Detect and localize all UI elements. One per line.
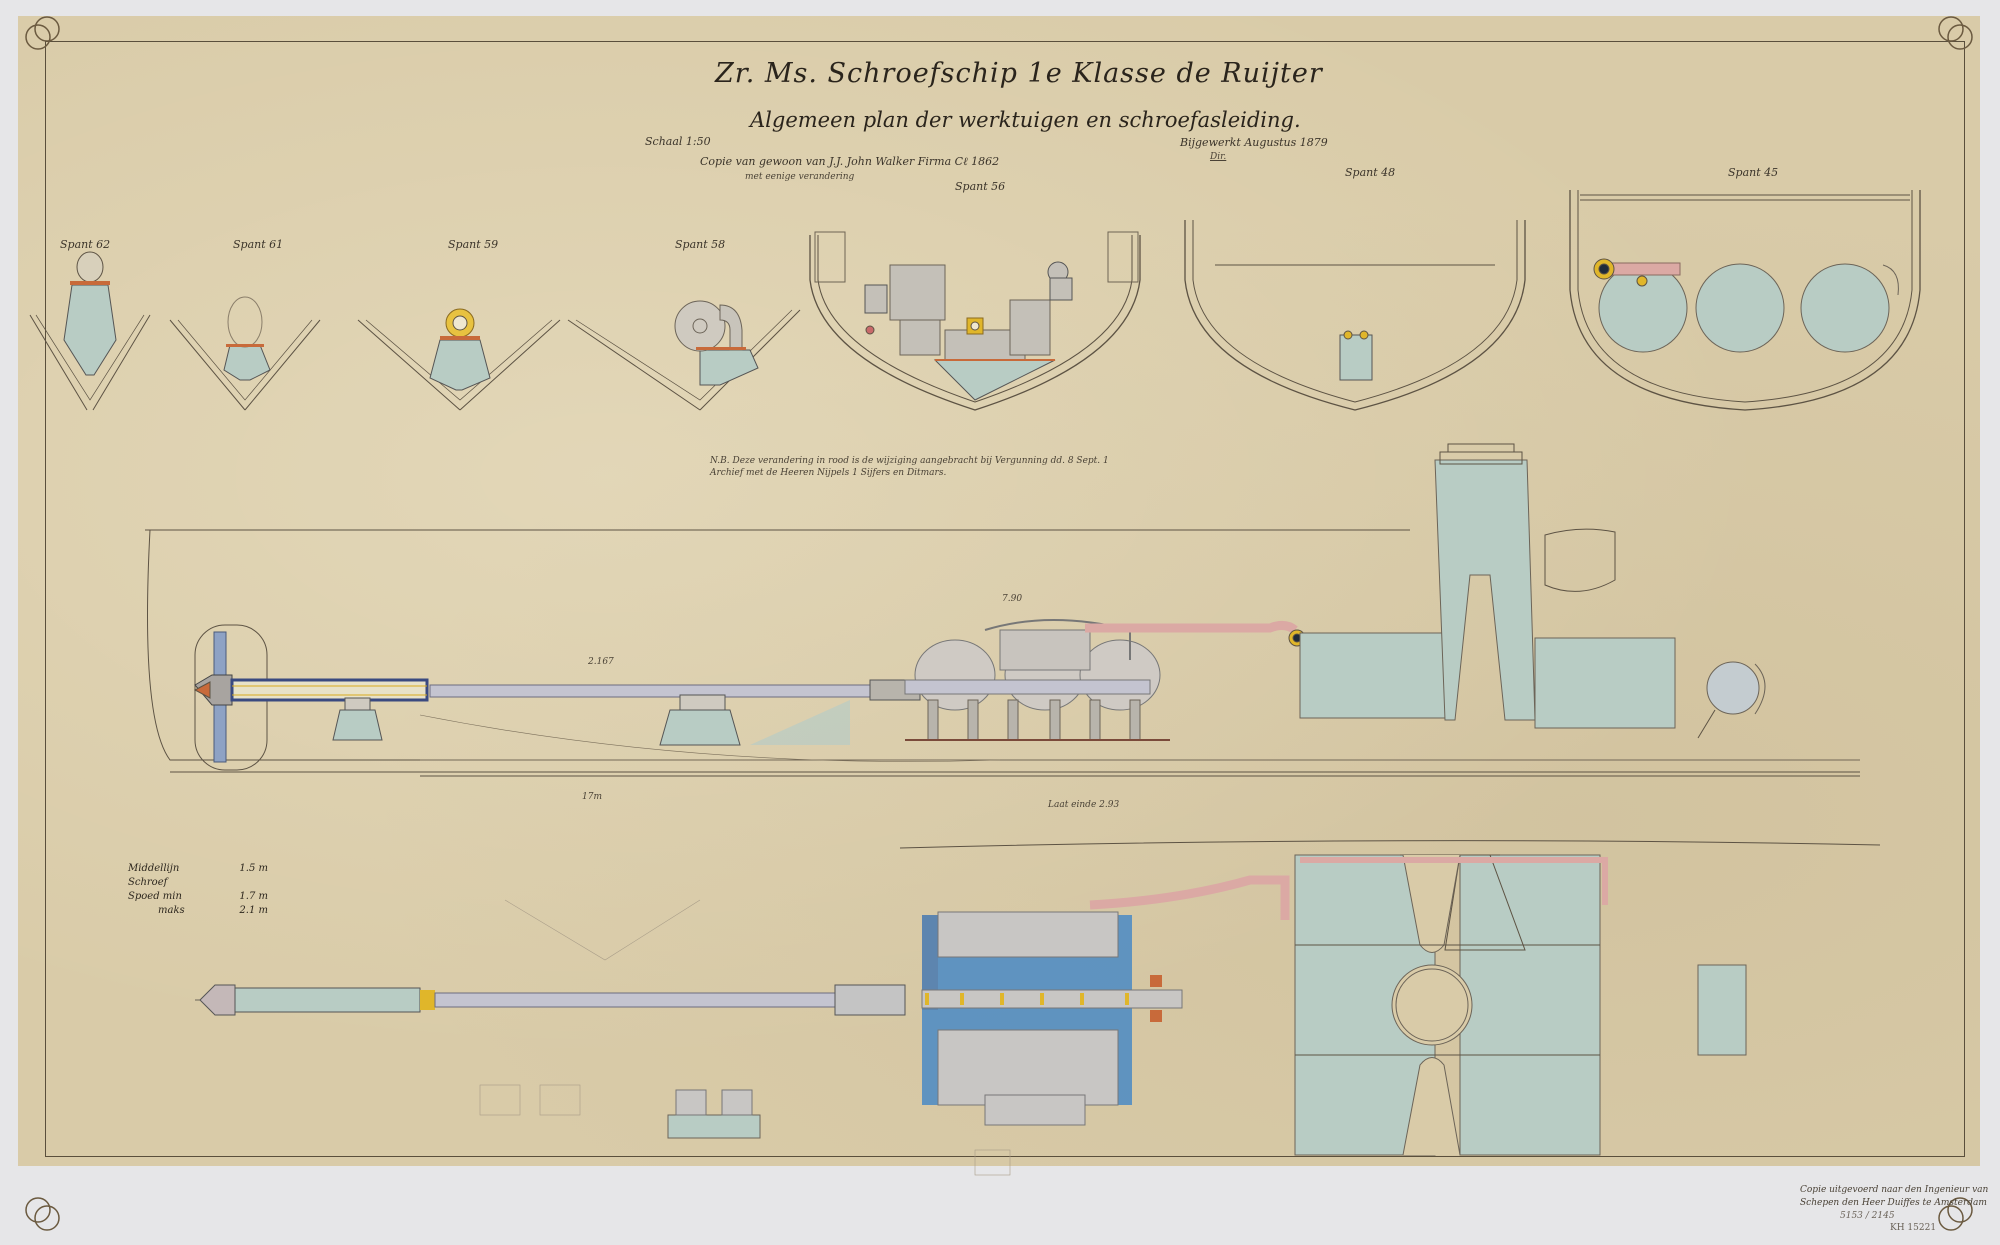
cross-sections	[30, 190, 1920, 410]
elevation-dim-engine: 7.90	[1002, 594, 1022, 604]
spec-row: maks2.1 m	[128, 904, 268, 918]
section-label-spant-58: Spant 58	[675, 238, 725, 251]
boilers-elevation	[1300, 444, 1765, 738]
propeller-specs-table: Middellijn Schroef1.5 m Spoed min1.7 m m…	[128, 862, 268, 918]
sheet-subtitle: Algemeen plan der werktuigen en schroefa…	[750, 108, 1301, 132]
section-label-spant-62: Spant 62	[60, 238, 110, 251]
engine-elevation	[905, 620, 1305, 740]
plan-view	[195, 841, 1880, 1175]
sheet-title: Zr. Ms. Schroefschip 1e Klasse de Ruijte…	[715, 58, 1323, 89]
signed-by: Dir.	[1210, 152, 1226, 162]
elevation-length: 17m	[582, 792, 602, 802]
scale-label: Schaal 1:50	[645, 135, 711, 148]
spec-row: Middellijn Schroef1.5 m	[128, 862, 268, 890]
archive-number: 5153 / 2145	[1840, 1211, 1895, 1221]
elevation-dim-shaft: 2.167	[588, 657, 614, 667]
inventory-number: KH 15221	[1890, 1223, 1936, 1233]
nb-note: N.B. Deze verandering in rood is de wijz…	[710, 455, 1130, 479]
section-label-spant-48: Spant 48	[1345, 166, 1395, 179]
boilers-plan	[1295, 855, 1746, 1155]
engine-plan	[922, 912, 1182, 1125]
section-label-spant-59: Spant 59	[448, 238, 498, 251]
spec-row: Spoed min1.7 m	[128, 890, 268, 904]
copy-note-line2: met eenige verandering	[745, 172, 854, 182]
copy-note: Copie van gewoon van J.J. John Walker Fi…	[700, 155, 999, 168]
bottom-note-line2: Schepen den Heer Duiffes te Amsterdam	[1800, 1198, 1987, 1208]
bottom-note-line1: Copie uitgevoerd naar den Ingenieur van	[1800, 1185, 1988, 1195]
elevation-annotation: Laat einde 2.93	[1048, 800, 1119, 810]
signed-date: Bijgewerkt Augustus 1879	[1180, 136, 1328, 149]
section-label-spant-61: Spant 61	[233, 238, 283, 251]
section-label-spant-45: Spant 45	[1728, 166, 1778, 179]
longitudinal-elevation	[145, 444, 1860, 776]
section-label-spant-56: Spant 56	[955, 180, 1005, 193]
